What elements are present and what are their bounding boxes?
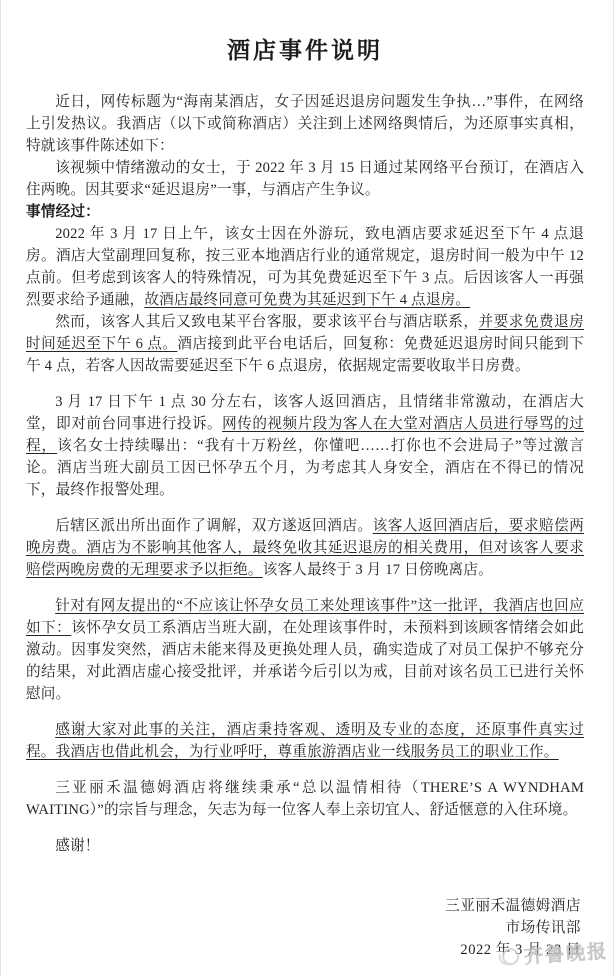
signature-dept: 市场传讯部 (26, 917, 581, 939)
text-segment: 三亚丽禾温德姆酒店将继续秉承“总以温情相待（THERE’S A WYNDHAM … (26, 780, 584, 818)
text-segment: 近日，网传标题为“海南某酒店，女子因延迟退房问题发生争执…”事件，在网络上引发热… (26, 94, 584, 154)
paragraph-response-to-criticism: 针对有网友提出的“不应该让怀孕女员工来处理该事件”这一批评，我酒店也回应如下：该… (26, 595, 584, 705)
text-segment: 然而，该客人其后又致电某平台客服，要求该平台与酒店联系， (55, 314, 478, 330)
watermark-text: 齐鲁晚报 (523, 936, 609, 969)
document-page: 酒店事件说明 近日，网传标题为“海南某酒店，女子因延迟退房问题发生争执…”事件，… (0, 0, 614, 976)
qilu-wanbao-logo-icon (502, 948, 520, 966)
signature-block: 三亚丽禾温德姆酒店 市场传讯部 2022 年 3 月 23 日 (26, 895, 584, 961)
document-title: 酒店事件说明 (26, 36, 584, 66)
text-segment: 该视频中情绪激动的女士，于 2022 年 3 月 15 日通过某网络平台预订，在… (26, 160, 584, 198)
text-segment: 后辖区派出所出面作了调解，双方遂返回酒店。 (55, 518, 372, 534)
text-segment: 感谢！ (55, 838, 99, 854)
text-segment: 该名女士持续曝出：“我有十万粉丝，你懂吧……打你也不会进局子”等过激言论。酒店当… (26, 438, 584, 498)
paragraph-lobby-incident: 3 月 17 日下午 1 点 30 分左右，该客人返回酒店，且情绪非常激动，在酒… (26, 391, 584, 501)
text-segment: 事情经过： (26, 204, 100, 220)
paragraph-mediation: 后辖区派出所出面作了调解，双方遂返回酒店。该客人返回酒店后，要求赔偿两晚房费。酒… (26, 515, 584, 581)
text-segment: 该怀孕女员工系酒店当班大副，在处理该事件时，未预料到该顾客情绪会如此激动。因事发… (26, 620, 584, 702)
paragraph-thanks-appeal: 感谢大家对此事的关注，酒店秉持客观、透明及专业的态度，还原事件真实过程。我酒店也… (26, 719, 584, 763)
text-segment: 该客人最终于 3 月 17 日傍晚离店。 (263, 562, 493, 578)
section-heading-incident: 事情经过： (26, 201, 584, 223)
paragraph-background: 该视频中情绪激动的女士，于 2022 年 3 月 15 日通过某网络平台预订，在… (26, 157, 584, 201)
paragraph-morning-call: 2022 年 3 月 17 日上午，该女士因在外游玩，致电酒店要求延迟至下午 4… (26, 223, 584, 311)
paragraph-intro: 近日，网传标题为“海南某酒店，女子因延迟退房问题发生争执…”事件，在网络上引发热… (26, 91, 584, 157)
paragraph-closing-thanks: 感谢！ (26, 835, 584, 857)
paragraph-platform-call: 然而，该客人其后又致电某平台客服，要求该平台与酒店联系，并要求免费退房时间延迟至… (26, 311, 584, 377)
signature-org: 三亚丽禾温德姆酒店 (26, 895, 581, 917)
text-segment-underlined: 感谢大家对此事的关注，酒店秉持客观、透明及专业的态度，还原事件真实过程。我酒店也… (26, 722, 584, 760)
paragraph-brand-pledge: 三亚丽禾温德姆酒店将继续秉承“总以温情相待（THERE’S A WYNDHAM … (26, 777, 584, 821)
text-segment-underlined: 故酒店最终同意可免费为其延迟到下午 4 点退房。 (144, 292, 470, 308)
